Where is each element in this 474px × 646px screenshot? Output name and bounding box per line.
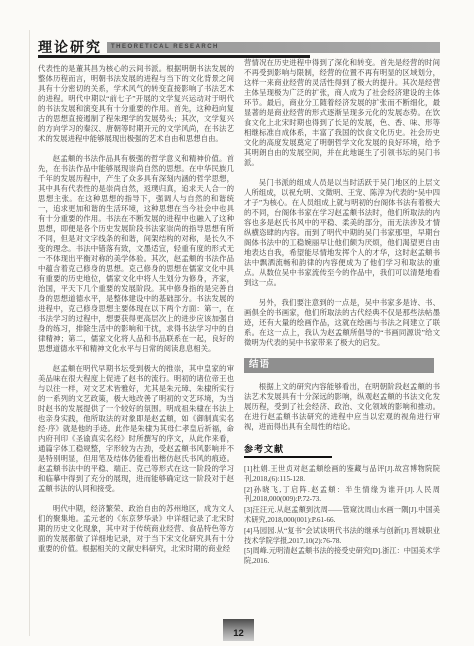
references-heading: 参考文献 (244, 444, 332, 458)
reference-item: [4]马园园.从“复书”会试谈明代书法的继承与创新[J].晋城职业技术学院学报,… (244, 527, 440, 547)
paragraph: 另外，我们要注意到的一点是，吴中书家多是诗、书、画俱全的书画家，他们所取法的古代… (244, 298, 440, 348)
section-title-en-band: THEORETICAL RESEARCH (107, 42, 440, 53)
reference-item: [2]孙晓飞,丁启阵.赵孟頫：半生情缘为谁开[J].人民周刊,2018,000(… (244, 486, 440, 506)
page-header: 理论研究 THEORETICAL RESEARCH (38, 37, 440, 57)
paragraph: 赵孟頫的书法作品具有极强的哲学意义和精神价值。首先，在书法作品中能够展现崇尚自然… (38, 154, 234, 354)
reference-item: [1]杜娟.王世贞对赵孟頫绘画的鉴藏与品评[J].故宫博物院院刊,2018,(6… (244, 465, 440, 485)
scanned-journal-page: { "header": { "section_cn": "理论研究", "sec… (0, 0, 474, 646)
paragraph: 代表性的是董其昌为核心的云间书派。根据明朝书法发展的整体历程而言，明朝书法发展的… (38, 64, 234, 144)
paragraph: 赵孟頫在明代早期书坛受到极大的推崇，其中皇家的审美品味在很大程度上促进了赵书的流… (38, 364, 234, 494)
references-section: 参考文献 [1]杜娟.王世贞对赵孟頫绘画的鉴藏与品评[J].故宫博物院院刊,20… (244, 442, 440, 567)
reference-item: [5]周峰.元明清赵孟頫书法的接受史研究[D].浙江：中国美术学院,2016. (244, 547, 440, 567)
body-column-left: 代表性的是董其昌为核心的云间书派。根据明朝书法发展的整体历程而言，明朝书法发展的… (38, 64, 234, 616)
conclusion-paragraph: 根据上文的研究内容能够看出，在明朝阶段赵孟頫的书法艺术发展具有十分深远的影响，纵… (244, 382, 440, 432)
paragraph: 吴门书派的组成人员是以当时活跃于吴门地区的上层文人所组成，以祝允明、文徵明、王宠… (244, 178, 440, 288)
reference-item: [3]汪汪元.从赵孟頫到沈周——管窥沈周山水画一隅[J].中国美术研究,2018… (244, 506, 440, 526)
paragraph: 明代中期，经济繁荣、政治自由的苏州地区，成为文人们的聚集地。孟元老的《东京梦华录… (38, 504, 234, 554)
scan-edge-line (29, 30, 30, 636)
page-number-badge: 12 (223, 619, 254, 641)
section-title: 理论研究 (38, 37, 102, 57)
paragraph: 营情况在历史进程中得到了深化和转变。首先是经营的时间不再受到影响与限制，经营的位… (244, 58, 440, 168)
body-column-right: 营情况在历史进程中得到了深化和转变。首先是经营的时间不再受到影响与限制，经营的位… (244, 58, 440, 618)
conclusion-heading-bar: 结语 (244, 358, 434, 373)
